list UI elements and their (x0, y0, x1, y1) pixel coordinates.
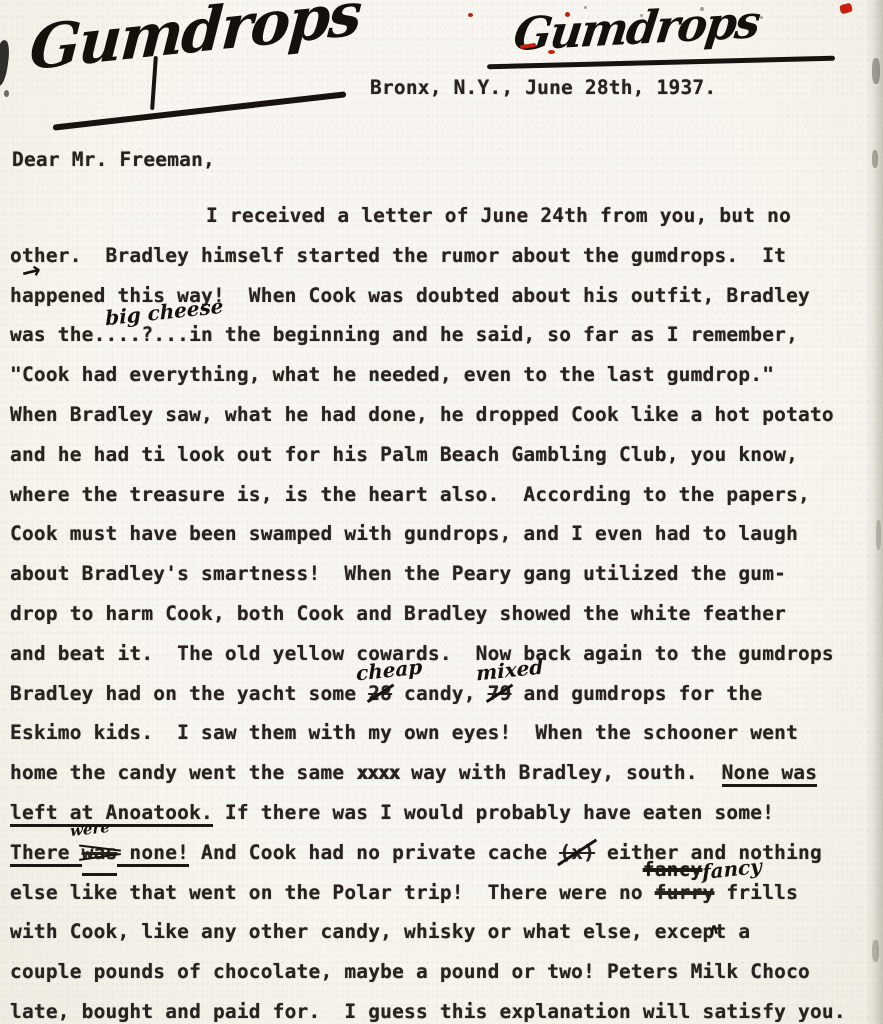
letter-line: was the..big cheese..?...in the beginnin… (10, 315, 870, 355)
typed-text: with Cook, like any other candy, whisky … (10, 920, 750, 943)
scan-speck (640, 14, 643, 17)
typed-text: I received a letter of June 24th from yo… (206, 204, 791, 227)
letter-page: Gumdrops Gumdrops Bronx, N.Y., June 28th… (0, 0, 883, 1024)
letter-line: couple pounds of chocolate, maybe a poun… (10, 952, 870, 992)
letter-line: Cook must have been swamped with gundrop… (10, 514, 870, 554)
letter-line: drop to harm Cook, both Cook and Bradley… (10, 594, 870, 634)
red-pencil-mark (565, 12, 570, 17)
handwritten-underline-left (53, 91, 347, 130)
scan-speck (872, 150, 878, 168)
typed-text: None was (722, 761, 818, 787)
typed-text: none! (117, 841, 189, 867)
typed-text: other. Bradley himself started the rumor… (10, 244, 786, 267)
letter-line: home the candy went the same xxxx way wi… (10, 753, 870, 793)
letter-body: I received a letter of June 24th from yo… (10, 196, 870, 1024)
scan-speck (872, 58, 880, 84)
letter-line: I received a letter of June 24th from yo… (10, 196, 870, 236)
letter-line: late, bought and paid for. I guess this … (10, 992, 870, 1024)
typed-text: (x) (559, 833, 595, 873)
letter-line: where the treasure is, is the heart also… (10, 475, 870, 515)
typed-text: home the candy went the same (10, 761, 356, 784)
scan-speck (4, 90, 9, 97)
letter-line: left at Anoatook. If there was I would p… (10, 793, 870, 833)
typed-text: And Cook had no private cache (189, 841, 559, 864)
typed-text: If there was I would probably have eaten… (213, 801, 774, 824)
handwritten-annotation: fancy (702, 847, 763, 893)
typed-text: was the.. (10, 323, 117, 346)
typed-text: Bradley had on the yacht some (10, 682, 368, 705)
letter-line: Bradley had on the yacht some cheap28 ca… (10, 674, 870, 714)
dateline: Bronx, N.Y., June 28th, 1937. (370, 76, 716, 99)
typed-text: else like that went on the Polar trip! T… (10, 881, 655, 904)
red-pencil-mark (548, 50, 555, 54)
letter-line: Eskimo kids. I saw them with my own eyes… (10, 713, 870, 753)
typed-text: was (82, 833, 118, 876)
handwritten-annotation: fancy (643, 850, 703, 890)
typed-text: xxxx (356, 761, 399, 784)
letter-line: other. Bradley himself started the rumor… (10, 236, 870, 276)
letter-line: with Cook, like any other candy, whisky … (10, 912, 870, 952)
typed-text: and gumdrops for the (512, 682, 763, 705)
letter-line: When Bradley saw, what he had done, he d… (10, 395, 870, 435)
red-pencil-mark (468, 13, 473, 17)
salutation: Dear Mr. Freeman, (12, 148, 215, 171)
typed-text: and he had ti look out for his Palm Beac… (10, 443, 798, 466)
scan-speck (872, 940, 879, 962)
typed-text: 79 (488, 674, 512, 714)
scan-blotch (0, 39, 11, 86)
handwritten-title-left: Gumdrops (28, 0, 363, 84)
letter-line: and beat it. The old yellow cowards. Now… (10, 634, 870, 674)
scan-speck (700, 7, 704, 11)
scan-speck (760, 16, 763, 19)
typed-text: about Bradley's smartness! When the Pear… (10, 562, 786, 585)
typed-text: 28 (368, 674, 392, 714)
letter-line: about Bradley's smartness! When the Pear… (10, 554, 870, 594)
letter-line: else like that went on the Polar trip! T… (10, 873, 870, 913)
typed-text: drop to harm Cook, both Cook and Bradley… (10, 602, 786, 625)
scan-speck (584, 6, 587, 9)
typed-text: where the treasure is, is the heart also… (10, 483, 810, 506)
handwritten-annotation: ∧ (708, 909, 722, 950)
typed-text: "Cook had everything, what he needed, ev… (10, 363, 774, 386)
typed-text: late, bought and paid for. I guess this … (10, 1000, 846, 1023)
typed-text: Cook must have been swamped with gundrop… (10, 522, 798, 545)
red-pencil-mark (839, 3, 853, 15)
typed-text: left at Anoatook. (10, 801, 213, 827)
typed-text: Eskimo kids. I saw them with my own eyes… (10, 721, 798, 744)
letter-line: and he had ti look out for his Palm Beac… (10, 435, 870, 475)
letter-line: "Cook had everything, what he needed, ev… (10, 355, 870, 395)
scan-speck (876, 520, 881, 550)
typed-text: way with Bradley, south. (399, 761, 721, 784)
typed-text: couple pounds of chocolate, maybe a poun… (10, 960, 810, 983)
typed-text: When Bradley saw, what he had done, he d… (10, 403, 834, 426)
